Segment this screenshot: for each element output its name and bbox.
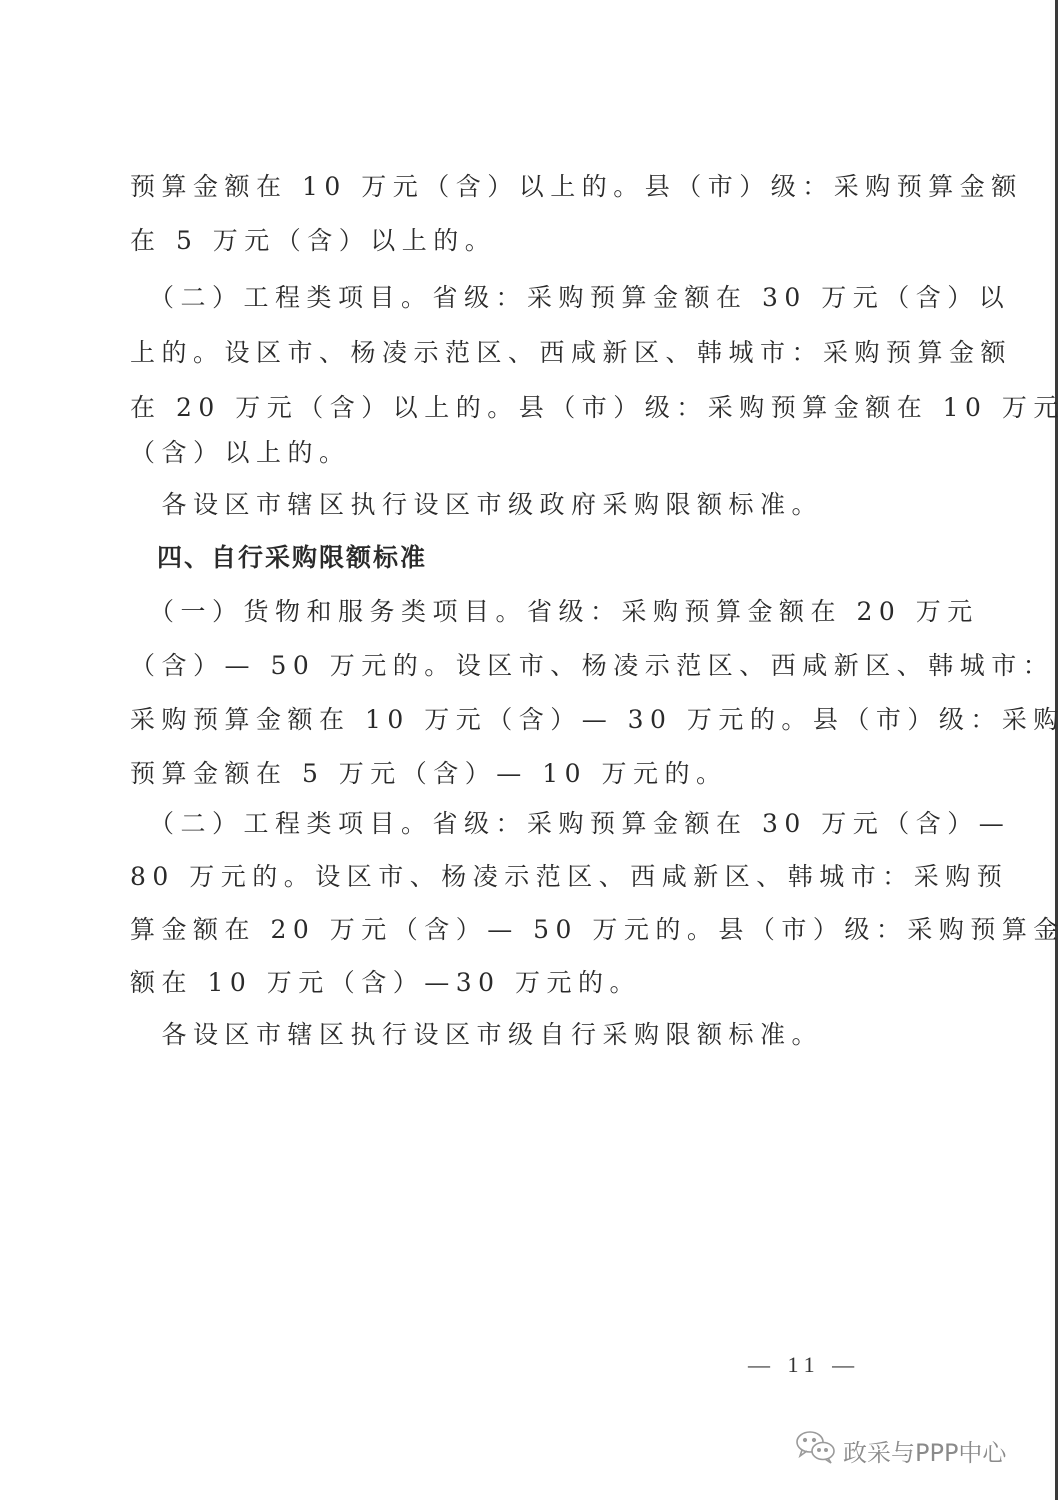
text-line: 80 万元的。设区市、杨凌示范区、西咸新区、韩城市：采购预	[130, 862, 910, 892]
text-line: （含）以上的。	[130, 438, 910, 468]
wechat-icon	[795, 1429, 837, 1471]
text-line: 预算金额在 5 万元（含）— 10 万元的。	[130, 759, 910, 789]
watermark-text: 政采与PPP中心	[843, 1433, 1006, 1468]
section-heading: 四、自行采购限额标准	[130, 543, 910, 573]
text-line: （二）工程类项目。省级：采购预算金额在 30 万元（含）以	[130, 283, 910, 313]
text-line: 算金额在 20 万元（含）— 50 万元的。县（市）级：采购预算金	[130, 915, 910, 945]
text-line: 预算金额在 10 万元（含）以上的。县（市）级：采购预算金额	[130, 172, 910, 202]
text-line: 在 5 万元（含）以上的。	[130, 226, 910, 256]
text-line: （一）货物和服务类项目。省级：采购预算金额在 20 万元	[130, 597, 910, 627]
text-line: （二）工程类项目。省级：采购预算金额在 30 万元（含）—	[130, 809, 910, 839]
watermark: 政采与PPP中心	[795, 1430, 1006, 1470]
page-number: — 11 —	[748, 1352, 860, 1378]
text-line: 各设区市辖区执行设区市级政府采购限额标准。	[130, 490, 910, 520]
text-line: （含）— 50 万元的。设区市、杨凌示范区、西咸新区、韩城市：	[130, 651, 910, 681]
text-line: 采购预算金额在 10 万元（含）— 30 万元的。县（市）级：采购	[130, 705, 910, 735]
text-line: 额在 10 万元（含）—30 万元的。	[130, 968, 910, 998]
text-line: 各设区市辖区执行设区市级自行采购限额标准。	[130, 1020, 910, 1050]
text-line: 在 20 万元（含）以上的。县（市）级：采购预算金额在 10 万元	[130, 393, 910, 423]
page-edge-border	[1055, 0, 1058, 1500]
text-line: 上的。设区市、杨凌示范区、西咸新区、韩城市：采购预算金额	[130, 338, 910, 368]
